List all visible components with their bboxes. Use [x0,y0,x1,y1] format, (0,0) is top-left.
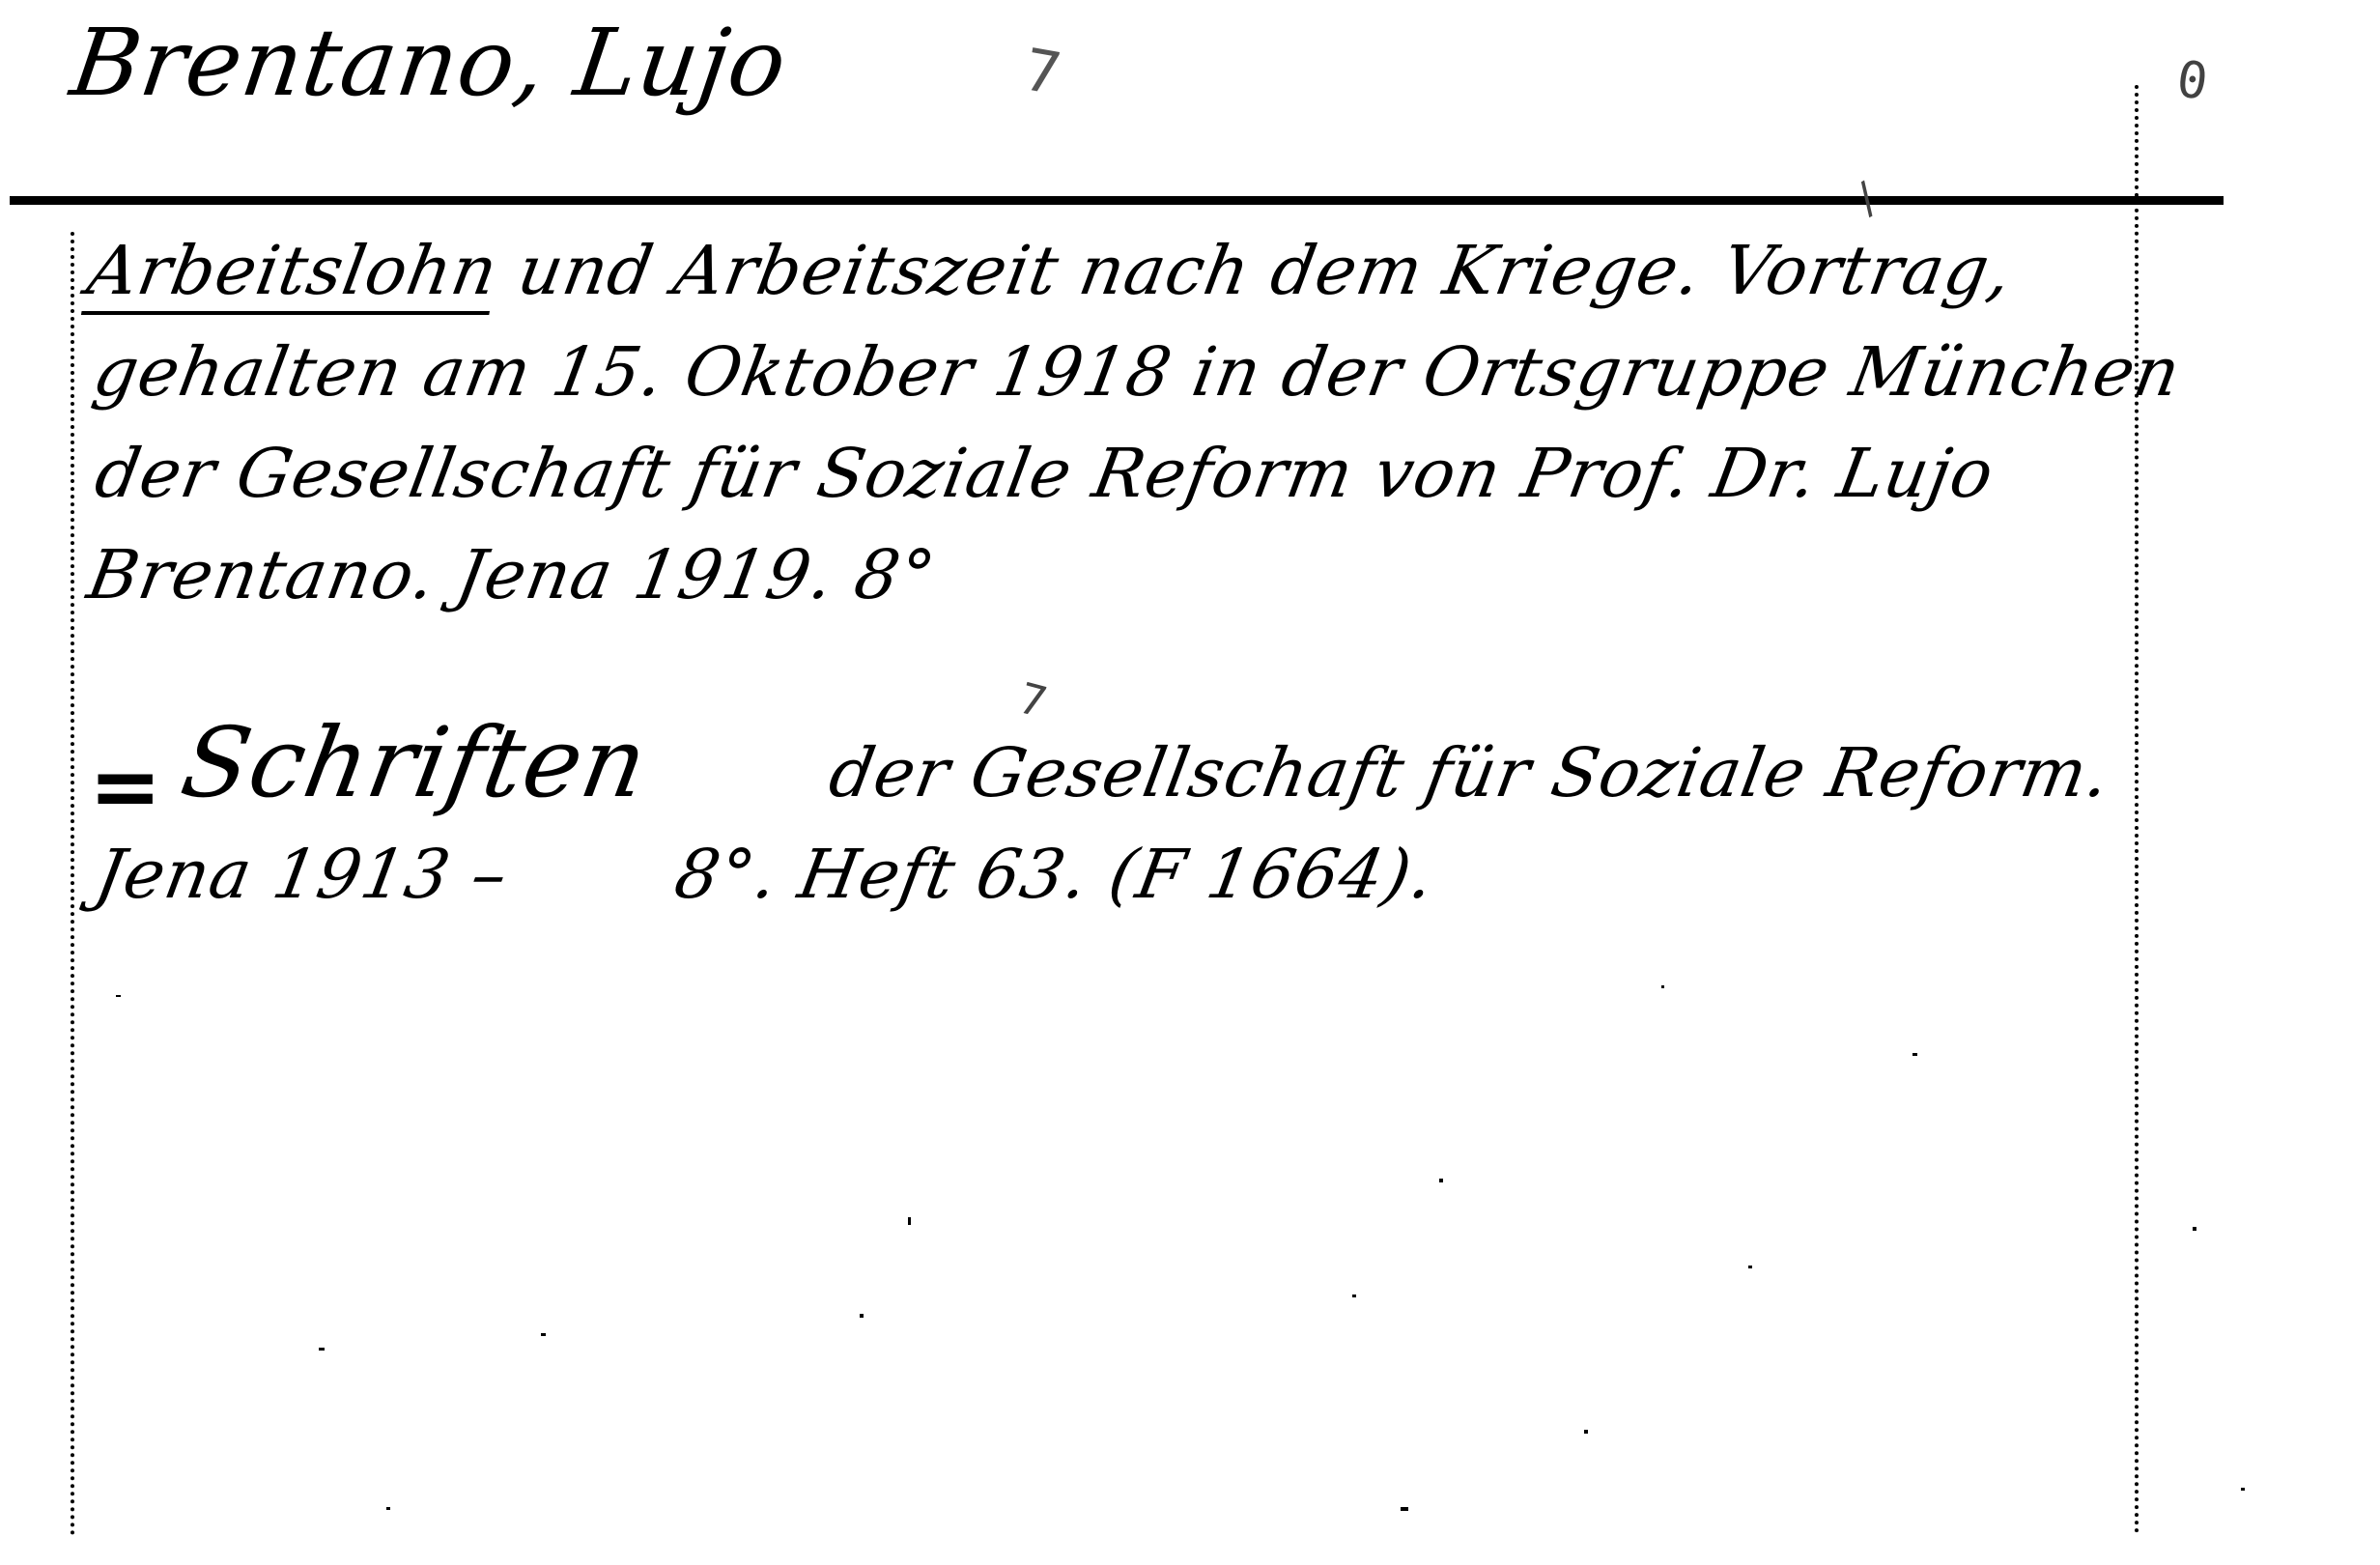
entry-line-3: der Gesellschaft für Soziale Reform von … [90,435,1999,512]
entry-line-2: gehalten am 15. Oktober 1918 in der Orts… [88,333,2187,411]
catalog-card: Brentano, Lujo 7 0 Arbeitslohn und Arbei… [0,0,2380,1565]
card-heading-author: Brentano, Lujo [65,10,793,116]
left-margin-dotted-line [71,232,74,1536]
stamp-mark-icon: 0 [2174,54,2211,108]
pencil-mark-series: 7 [1013,673,1052,728]
series-format-issue-shelfmark: 8°. Heft 63. (F 1664). [669,836,1440,913]
series-equals-sign: = [89,744,161,831]
series-title-rest: der Gesellschaft für Soziale Reform. [824,734,2116,811]
heading-rule-divider [10,196,2224,205]
pencil-mark-heading: 7 [1018,36,1066,109]
right-margin-dotted-line [2135,85,2139,1534]
entry-line-4: Brentano. Jena 1919. 8° [82,536,942,613]
entry-line-1-rest: und Arbeitszeit nach dem Kriege. Vortrag… [490,231,2018,310]
entry-line-1: Arbeitslohn und Arbeitszeit nach dem Kri… [82,232,2018,309]
series-title: Schriften [174,710,655,816]
series-place-years: Jena 1913 – [90,836,514,913]
entry-title: Arbeitslohn [82,231,504,310]
